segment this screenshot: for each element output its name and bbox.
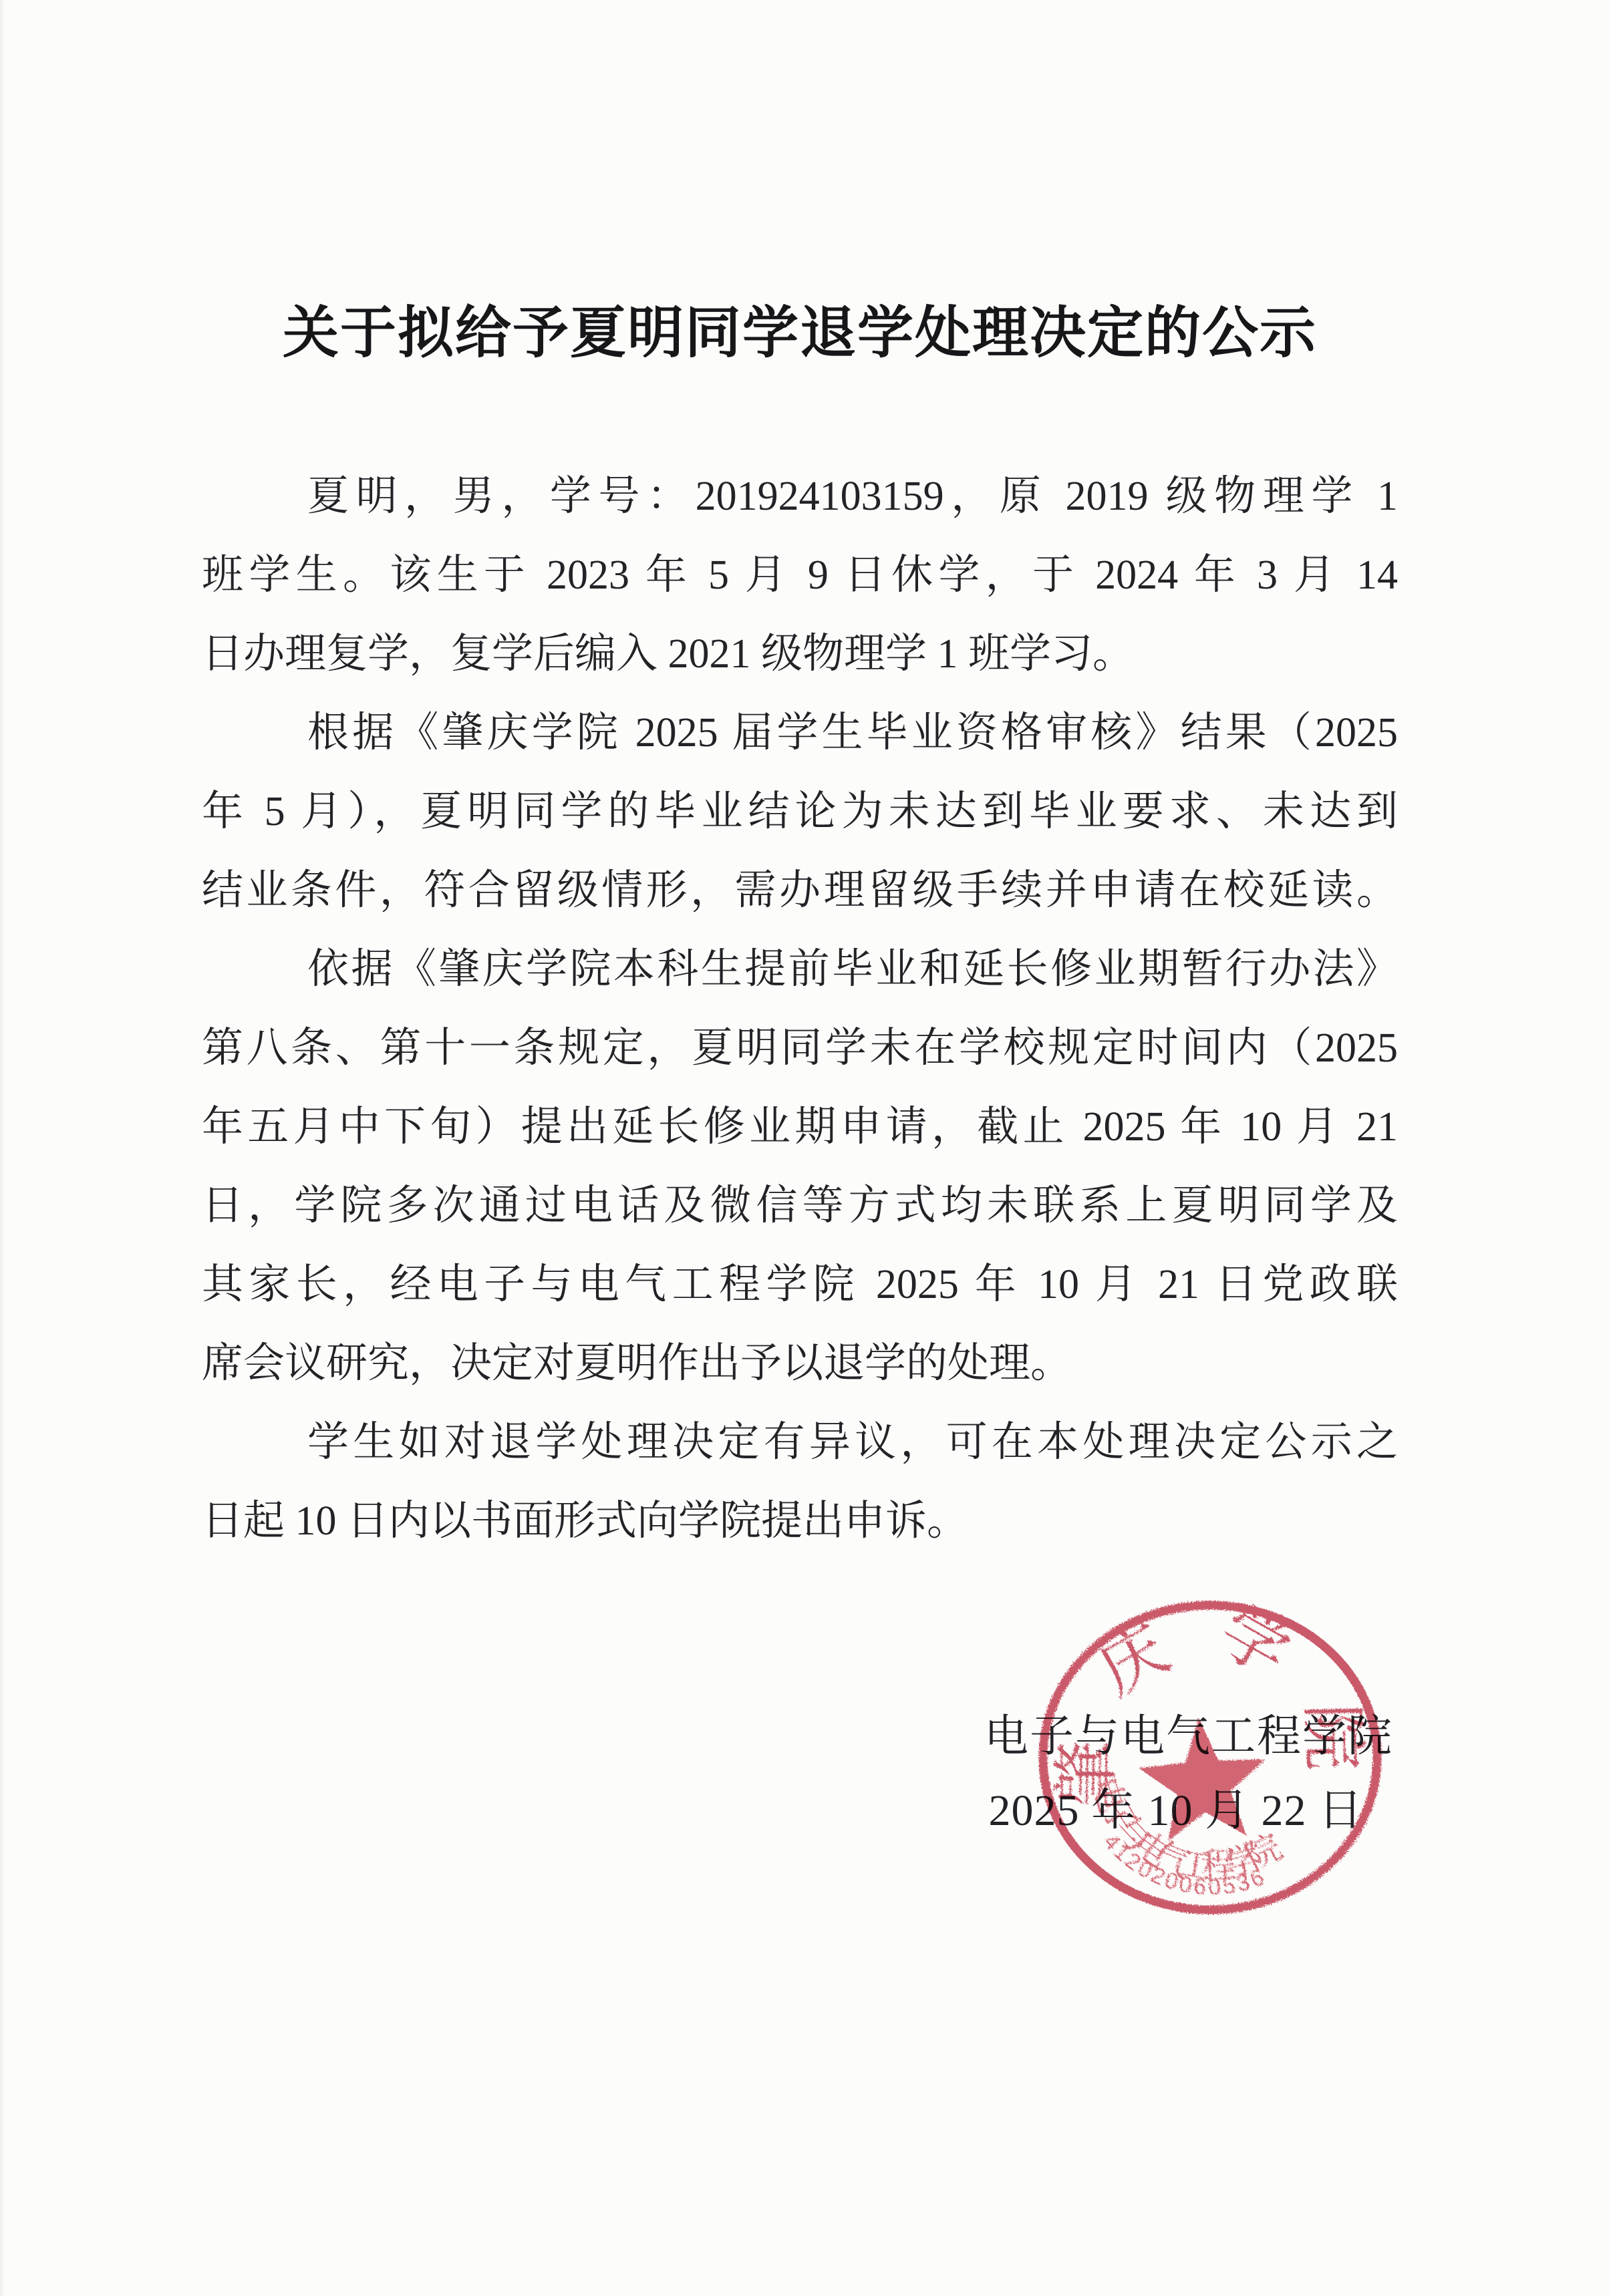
seal-serial-number: 412020060536 [1098,1829,1270,1901]
seal-arc-text: 肇庆学院 [1049,1593,1372,1808]
body-line: 班学生。该生于 2023 年 5 月 9 日休学，于 2024 年 3 月 14 [202,536,1398,615]
notice-document-page: 关于拟给予夏明同学退学处理决定的公示 夏明，男，学号：201924103159，… [0,0,1609,2296]
document-body: 夏明，男，学号：201924103159，原 2019 级物理学 1 班学生。该… [202,457,1398,1561]
body-line: 依据《肇庆学院本科生提前毕业和延长修业期暂行办法》 [202,930,1398,1009]
body-line: 第八条、第十一条规定，夏明同学未在学校规定时间内（2025 [202,1009,1398,1088]
body-line: 其家长，经电子与电气工程学院 2025 年 10 月 21 日党政联 [202,1245,1398,1324]
body-line: 年 5 月），夏明同学的毕业结论为未达到毕业要求、未达到 [202,772,1398,851]
body-line: 日办理复学，复学后编入 2021 级物理学 1 班学习。 [202,615,1398,693]
body-line: 日起 10 日内以书面形式向学院提出申诉。 [202,1482,1398,1561]
body-line: 根据《肇庆学院 2025 届学生毕业资格审核》结果（2025 [202,693,1398,772]
body-line: 年五月中下旬）提出延长修业期申请，截止 2025 年 10 月 21 [202,1088,1398,1166]
signature-date: 2025 年 10 月 22 日 [989,1784,1364,1838]
document-title: 关于拟给予夏明同学退学处理决定的公示 [202,298,1398,370]
body-line: 日，学院多次通过电话及微信等方式均未联系上夏明同学及 [202,1166,1398,1245]
body-line: 结业条件，符合留级情形，需办理留级手续并申请在校延读。 [202,851,1398,930]
body-line: 席会议研究，决定对夏明作出予以退学的处理。 [202,1324,1398,1403]
signature-organization: 电子与电气工程学院 [984,1710,1393,1764]
body-line: 学生如对退学处理决定有异议，可在本处理决定公示之 [202,1403,1398,1482]
body-line: 夏明，男，学号：201924103159，原 2019 级物理学 1 [202,457,1398,536]
